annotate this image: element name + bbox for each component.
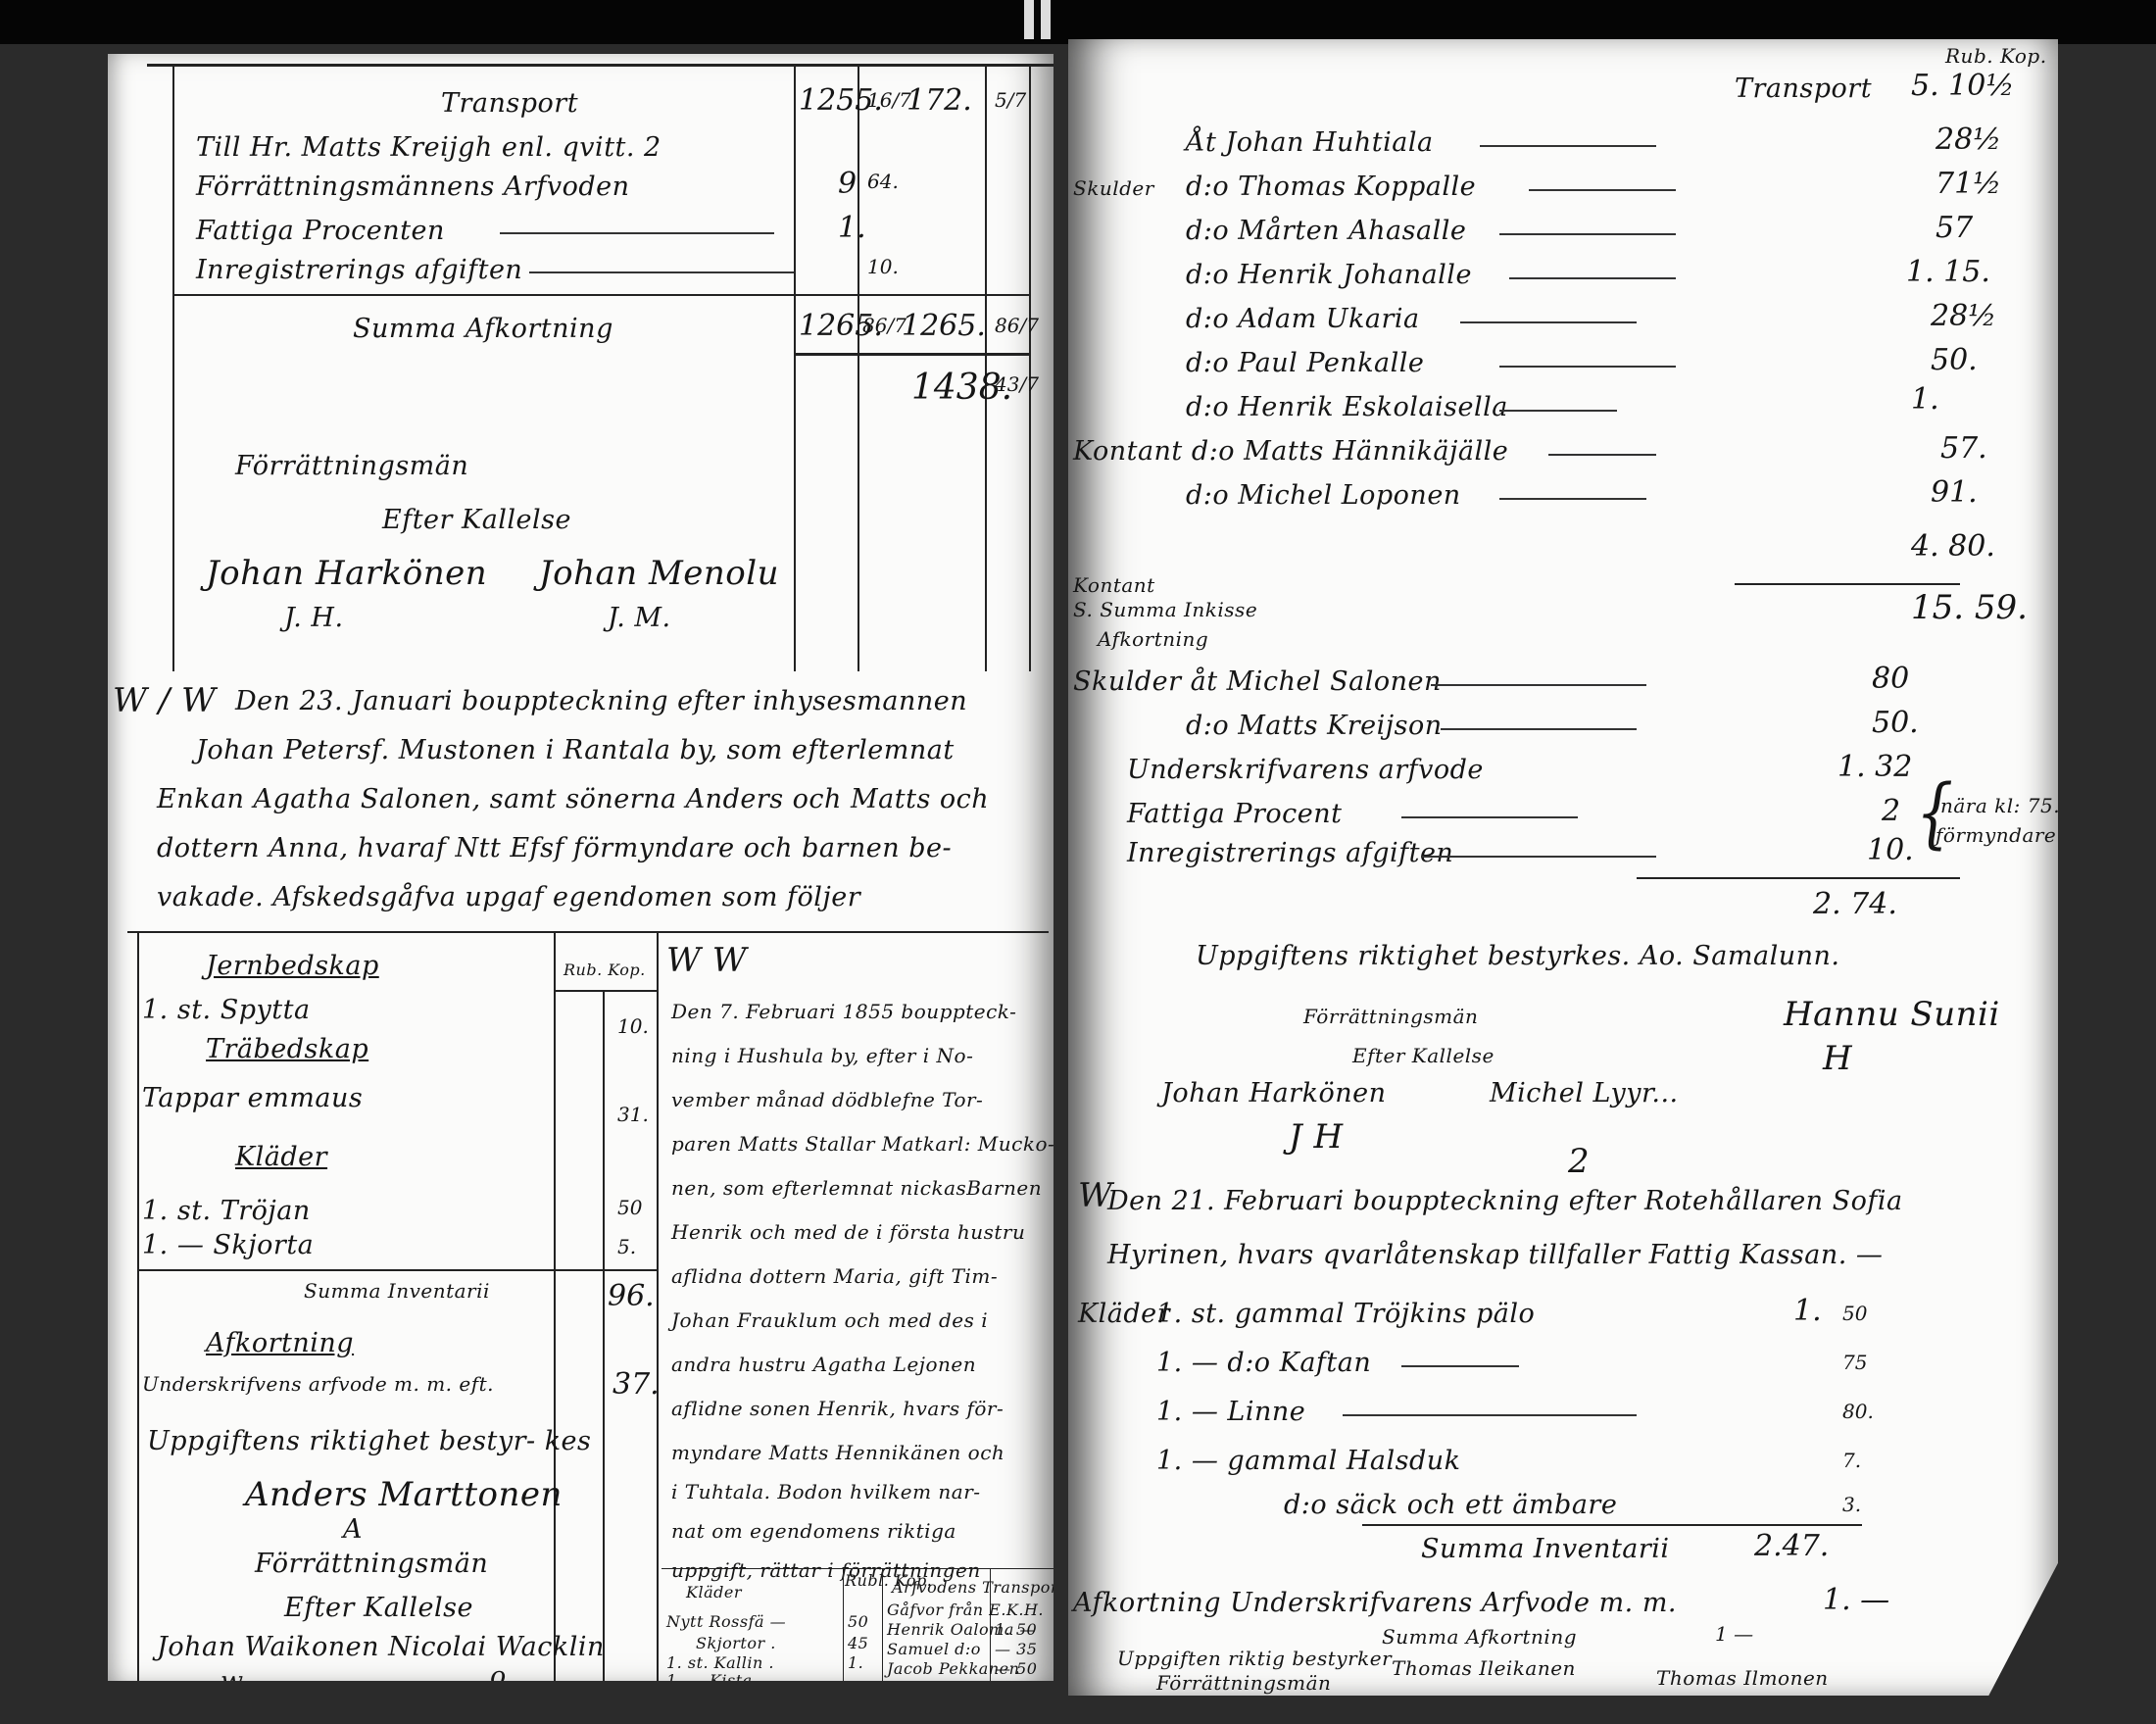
afk-item: Inregistrerings afgiften [1127, 838, 1453, 868]
afk-total: 2. 74. [1813, 887, 1897, 921]
right-page: Rub. Kop. Transport 5. 10½ Åt Johan Huht… [1068, 39, 2058, 1696]
entry-line: Enkan Agatha Salonen, samt sönerna Ander… [157, 784, 989, 814]
side-entry-line: aflidne sonen Henrik, hvars för- [671, 1397, 1004, 1420]
debt-item: Kontant d:o Matts Hännikäjälle [1073, 436, 1508, 467]
inventory-value: 5. [617, 1235, 636, 1258]
ledger-row-text: Inregistrerings afgiften [196, 255, 522, 285]
mini-value: — 35 [995, 1640, 1037, 1658]
debt-value: 28½ [1935, 123, 2001, 157]
scan-background [0, 0, 2156, 44]
mark: A [343, 1514, 363, 1545]
inventory-item: 1. — Linne [1156, 1397, 1305, 1427]
debt-value: 57. [1940, 431, 1987, 466]
fill-rule [1401, 816, 1578, 818]
afk-item: Underskrifvarens arfvode [1127, 755, 1484, 785]
mini-table-header: Kläder [686, 1583, 742, 1601]
ledger-value: 16/7 [867, 88, 911, 112]
entry-line: dottern Anna, hvaraf Ntt Efsf förmyndare… [157, 833, 952, 863]
ledger-col-rule [794, 64, 796, 671]
mini-row: Skjortor . [696, 1634, 776, 1652]
transport-value: 5. 10½ [1911, 69, 2014, 103]
ledger-row-text: Fattiga Procenten [196, 216, 445, 246]
debt-value: 91. [1931, 475, 1978, 510]
summa-value: 1265. [902, 309, 986, 343]
mini-table-rule [661, 1568, 1053, 1569]
debt-value: 50. [1931, 343, 1978, 377]
inventory-item: 1. st. gammal Tröjkins pälo [1156, 1299, 1535, 1329]
margin-mark: W / W [113, 681, 216, 720]
ledger-col-rule [1029, 64, 1031, 671]
fill-rule [1499, 498, 1646, 500]
ledger-value: 64. [867, 170, 899, 193]
mark: J. H. [284, 603, 344, 633]
attest-signature: Hannu Sunii [1784, 995, 2000, 1034]
debt-item: d:o Thomas Koppalle [1186, 172, 1476, 202]
ledger-value: 5/7 [995, 88, 1026, 112]
ledger-value: 1. [838, 211, 866, 245]
afk-value: 1. 32 [1837, 750, 1912, 784]
ledger-col-rule [857, 64, 859, 671]
mini-row: Gåfvor från E.K.H. [887, 1601, 1044, 1619]
fill-rule [529, 271, 794, 273]
fill-rule [1480, 145, 1656, 147]
ledger-row-text: Transport [441, 88, 578, 119]
mini-table-header: Arfvodens Transport [892, 1578, 1053, 1597]
fill-rule [1499, 410, 1617, 412]
debt-item: d:o Paul Penkalle [1186, 348, 1424, 378]
table-top-rule [127, 931, 1049, 933]
summa-inventarii-value: 2.47. [1754, 1529, 1829, 1563]
inventory-value: 50 [1842, 1302, 1867, 1325]
debt-value: 28½ [1931, 299, 1996, 333]
side-entry-line: andra hustru Agatha Lejonen [671, 1353, 976, 1376]
fill-rule [1431, 684, 1646, 686]
table-rule [137, 931, 139, 1681]
ledger-value: 9 [838, 167, 857, 201]
section-heading: Afkortning [206, 1328, 354, 1358]
entry-line: vakade. Afskedsgåfva upgaf egendomen som… [157, 882, 860, 912]
summa-label: S. Summa Inkisse [1073, 598, 1257, 621]
summa-value: 15. 59. [1911, 588, 2028, 627]
inventory-value: 31. [617, 1103, 649, 1126]
ledger-value: 172. [906, 83, 972, 118]
entry-line: Hyrinen, hvars qvarlåtenskap tillfaller … [1107, 1240, 1883, 1270]
inventory-value: 10. [617, 1014, 649, 1038]
mini-row: Samuel d:o [887, 1640, 981, 1658]
summa-afkortning-label: Summa Afkortning [1382, 1625, 1577, 1649]
mark: J. M. [608, 603, 671, 633]
side-entry-line: ning i Hushula by, efter i No- [671, 1044, 973, 1067]
signature: Johan Harkönen [206, 554, 487, 593]
inventory-value: 3. [1842, 1493, 1861, 1516]
mini-row: Nytt Rossfä — [666, 1612, 786, 1631]
side-entry-line: nat om egendomens riktiga [671, 1519, 956, 1543]
table-rule [657, 931, 659, 1681]
inventory-value: 50 [617, 1196, 642, 1219]
debt-value: 1. 15. [1906, 255, 1990, 289]
efter-kallelse: Efter Kallelse [284, 1593, 473, 1623]
side-entry-line: Henrik och med de i första hustru [671, 1220, 1025, 1244]
fill-rule [1343, 1414, 1637, 1416]
page-number: 2 [1568, 1142, 1590, 1181]
inventory-value: 80. [1842, 1400, 1874, 1423]
mark: w [220, 1666, 244, 1681]
grand-total: 43/7 [995, 372, 1039, 396]
total-rule [1735, 583, 1960, 585]
signature: Johan Waikonen Nicolai Wacklin [157, 1632, 605, 1662]
summa-inventarii-value: 96. [608, 1279, 655, 1313]
summa-value: 86/7 [862, 314, 906, 337]
binding-clip [1024, 0, 1034, 39]
debt-value: 71½ [1935, 167, 2001, 201]
signature: Johan Menolu [539, 554, 779, 593]
summa-inventarii-label: Summa Inventarii [1421, 1534, 1670, 1564]
debt-item: d:o Henrik Eskolaisella [1186, 392, 1508, 422]
table-rule [603, 990, 605, 1681]
inventory-item: 1. — Skjorta [142, 1230, 314, 1260]
signature: Michel Lyyr... [1490, 1078, 1679, 1108]
afk-item: Afkortning Underskrifvarens Arfvode m. m… [1073, 1588, 1677, 1618]
column-header: Rub. Kop. [563, 961, 646, 979]
total-rule [1362, 1524, 1862, 1526]
column-header: Rub. Kop. [1945, 44, 2047, 68]
afk-item: Fattiga Procent [1127, 799, 1342, 829]
mini-table-rule [843, 1568, 844, 1681]
mark: J H [1289, 1117, 1344, 1157]
mark: o [490, 1661, 507, 1681]
fill-rule [1460, 321, 1637, 323]
inventory-item: 1. — gammal Halsduk [1156, 1446, 1461, 1476]
section-heading: Kläder [235, 1142, 327, 1172]
fill-rule [1421, 856, 1656, 858]
debt-value: 57 [1935, 211, 1973, 245]
attest-signature: Anders Marttonen [245, 1475, 563, 1514]
total-rule [1637, 877, 1960, 879]
entry-line: Johan Petersf. Mustonen i Rantala by, so… [196, 735, 955, 765]
inventory-item: 1. st. Spytta [142, 995, 311, 1025]
forrattningsman-heading: Förrättningsmän [1156, 1671, 1331, 1695]
fill-rule [1509, 277, 1676, 279]
mini-value: 1. [848, 1653, 863, 1672]
efter-kallelse: Efter Kallelse [1352, 1044, 1494, 1067]
afkortning-label: Afkortning [1098, 627, 1208, 651]
side-entry-line: i Tuhtala. Bodon hvilkem nar- [671, 1480, 981, 1503]
efter-kallelse: Efter Kallelse [382, 505, 571, 535]
binding-clip [1041, 0, 1051, 39]
debt-item: d:o Mårten Ahasalle [1186, 216, 1466, 246]
afk-value: 1. — [1823, 1583, 1889, 1617]
fill-rule [1499, 233, 1676, 235]
afk-value: 2 [1882, 794, 1900, 828]
forrattningsman-heading: Förrättningsmän [255, 1549, 488, 1579]
afk-value: 80 [1872, 662, 1909, 696]
inventory-item: Tappar emmaus [142, 1083, 363, 1113]
side-entry-line: myndare Matts Hennikänen och [671, 1441, 1004, 1464]
summa-value: 86/7 [995, 314, 1039, 337]
afk-item: d:o Matts Kreijson [1186, 711, 1443, 741]
inventory-value: 7. [1842, 1449, 1861, 1472]
section-heading: Jernbedskap [206, 951, 379, 981]
transport-label: Transport [1735, 74, 1872, 104]
side-entry-line: vember månad dödblefne Tor- [671, 1088, 983, 1111]
summa-afkortning-value: 1 — [1715, 1622, 1753, 1646]
mini-value: 50 [848, 1612, 868, 1631]
signature: Thomas Ilmonen [1656, 1666, 1829, 1690]
ledger-row-text: Förrättningsmännens Arfvoden [196, 172, 630, 202]
ledger-rule [794, 353, 1029, 356]
ledger-value: 10. [867, 255, 899, 278]
kontant-label: Kontant [1073, 573, 1155, 597]
section-heading: Träbedskap [206, 1034, 368, 1064]
summa-afkortning-label: Summa Afkortning [353, 314, 613, 344]
debt-item: d:o Henrik Johanalle [1186, 260, 1472, 290]
summa-inventarii-label: Summa Inventarii [304, 1279, 490, 1303]
ledger-rule [172, 294, 1029, 296]
side-entry-line: Den 7. Februari 1855 bouppteck- [671, 1000, 1016, 1023]
side-entry-line: Johan Frauklum och med des i [671, 1308, 988, 1332]
fill-rule [500, 232, 774, 234]
fill-rule [1499, 366, 1676, 368]
margin-note: Skulder [1073, 176, 1154, 200]
mini-row: 1. — Kista — [666, 1671, 774, 1681]
margin-mark: W W [666, 941, 747, 980]
side-entry-line: aflidna dottern Maria, gift Tim- [671, 1264, 998, 1288]
table-rule [554, 931, 556, 1681]
inventory-item: d:o säck och ett ämbare [1284, 1490, 1617, 1520]
ledger-margin-rule [172, 64, 174, 671]
attest-text: Uppgiftens riktighet bestyrkes. Ao. Sama… [1196, 941, 1839, 971]
mini-row: 1. st. Kallin . [666, 1653, 774, 1672]
inventory-item: 1. — d:o Kaftan [1156, 1348, 1371, 1378]
ledger-top-rule [147, 64, 1053, 67]
table-rule [137, 1269, 657, 1271]
debt-item: Åt Johan Huhtiala [1186, 127, 1434, 158]
fill-rule [1529, 189, 1676, 191]
attest-signature: Thomas Ileikanen [1392, 1656, 1576, 1680]
mini-value: 45 [848, 1634, 868, 1652]
inventory-value: 37. [612, 1367, 660, 1402]
bracket-note: nära kl: 75. [1940, 794, 2058, 817]
signature: Johan Harkönen [1161, 1078, 1386, 1108]
inventory-value: 1. [1793, 1294, 1822, 1328]
afk-item: Skulder åt Michel Salonen [1073, 666, 1442, 697]
table-rule [554, 990, 657, 992]
bracket-note: förmyndare kl 69. [1935, 823, 2058, 847]
fill-rule [1441, 728, 1637, 730]
afk-value: 10. [1867, 833, 1914, 867]
forrattningsman-heading: Förrättningsmän [235, 451, 468, 481]
entry-line: Den 21. Februari bouppteckning efter Rot… [1107, 1186, 1903, 1216]
mini-value: — 50 [995, 1659, 1037, 1678]
side-entry-line: nen, som efterlemnat nickasBarnen [671, 1176, 1042, 1200]
entry-line: Den 23. Januari bouppteckning efter inhy… [235, 686, 967, 716]
mark: H [1823, 1039, 1852, 1078]
inventory-item: Underskrifvens arfvode m. m. eft. [142, 1372, 494, 1396]
left-page: Transport 1255. 16/7 172. 5/7 Till Hr. M… [108, 54, 1053, 1681]
afk-value: 50. [1872, 706, 1919, 740]
subtotal: 4. 80. [1911, 529, 1995, 564]
fill-rule [1548, 454, 1656, 456]
debt-value: 1. [1911, 382, 1939, 417]
ledger-row-text: Till Hr. Matts Kreijgh enl. qvitt. 2 [196, 132, 661, 163]
debt-item: d:o Adam Ukaria [1186, 304, 1420, 334]
forrattningsman-heading: Förrättningsmän [1303, 1005, 1478, 1028]
attest-text: Uppgiften riktig bestyrker [1117, 1647, 1392, 1670]
inventory-value: 75 [1842, 1351, 1867, 1374]
attest-text: Uppgiftens riktighet bestyr- kes [147, 1426, 591, 1456]
inventory-item: 1. st. Tröjan [142, 1196, 311, 1226]
side-entry-line: paren Matts Stallar Matkarl: Mucko- [671, 1132, 1053, 1156]
fill-rule [1401, 1365, 1519, 1367]
debt-item: d:o Michel Loponen [1186, 480, 1461, 511]
mini-value: 1. 50 [995, 1620, 1037, 1639]
